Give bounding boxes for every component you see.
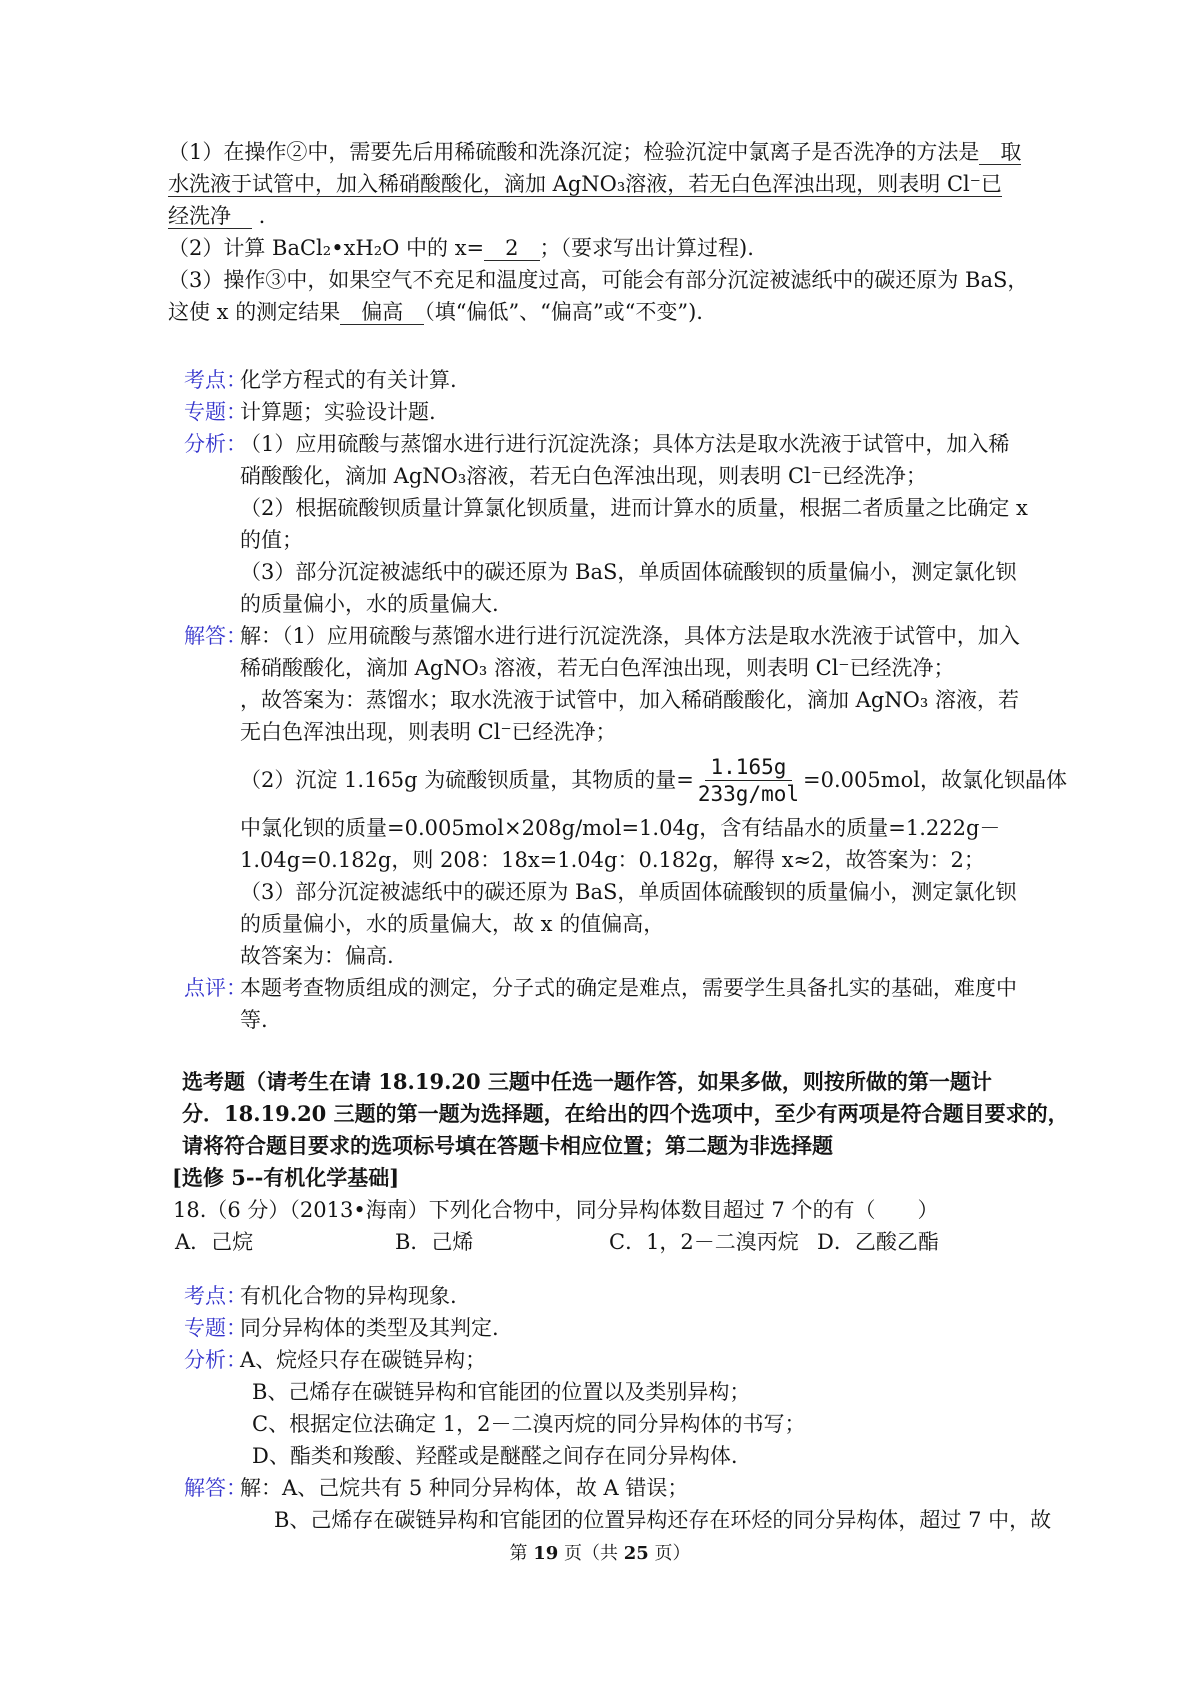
q17-line-2: 水洗液于试管中，加入稀硝酸酸化，滴加 AgNO₃溶液，若无白色浑浊出现，则表明 …	[168, 168, 1078, 200]
fenxi-line: 硝酸酸化，滴加 AgNO₃溶液，若无白色浑浊出现，则表明 Cl⁻已经洗净；	[240, 460, 1078, 492]
q17-jieda-block: 解答： 解：（1）应用硫酸与蒸馏水进行进行沉淀洗涤，具体方法是取水洗液于试管中，…	[168, 620, 1078, 972]
fenxi-label: 分析：	[184, 428, 247, 460]
kaodian-text: 有机化合物的异构现象.	[240, 1280, 1078, 1312]
kaodian-label: 考点：	[184, 364, 247, 396]
fenxi-line: （2）根据硫酸钡质量计算氯化钡质量，进而计算水的质量，根据二者质量之比确定 x	[240, 492, 1078, 524]
q17-blank-1-middle: 水洗液于试管中，加入稀硝酸酸化，滴加 AgNO₃溶液，若无白色浑浊出现，则表明 …	[168, 172, 1002, 197]
footer-text: 页（共	[558, 1543, 623, 1564]
q17-part3-tail: （填“偏低”、“偏高”或“不变”).	[424, 300, 703, 324]
jieda-line: B、己烯存在碳链异构和官能团的位置异构还存在环烃的同分异构体，超过 7 中，故	[240, 1504, 1078, 1536]
q18-zhuanti-block: 专题： 同分异构体的类型及其判定.	[168, 1312, 1078, 1344]
zhuanti-text: 同分异构体的类型及其判定.	[240, 1312, 1078, 1344]
footer-text: 页）	[649, 1543, 691, 1564]
elective-intro-line: 分．18.19.20 三题的第一题为选择题，在给出的四个选项中，至少有两项是符合…	[168, 1098, 1078, 1130]
elective-intro-line: 请将符合题目要求的选项标号填在答题卡相应位置；第二题为非选择题	[168, 1130, 1078, 1162]
dianping-label: 点评：	[184, 972, 247, 1004]
q17-part2-text: （2）计算 BaCl₂•xH₂O 中的 x=	[168, 236, 484, 260]
fraction-numerator: 1.165g	[705, 754, 793, 781]
q18-options-row: A．己烷 B．己烯 C．1，2－二溴丙烷 D．乙酸乙酯	[168, 1226, 1078, 1258]
fraction-suffix: =0.005mol，故氯化钡晶体	[803, 764, 1067, 796]
zhuanti-text: 计算题；实验设计题.	[240, 396, 1078, 428]
fraction-prefix: （2）沉淀 1.165g 为硫酸钡质量，其物质的量=	[240, 764, 694, 796]
q17-line-5: （3）操作③中，如果空气不充足和温度过高，可能会有部分沉淀被滤纸中的碳还原为 B…	[168, 264, 1078, 296]
fenxi-label: 分析：	[184, 1344, 247, 1376]
q18-option-c: C．1，2－二溴丙烷	[609, 1226, 817, 1258]
q17-line-1-text: （1）在操作②中，需要先后用稀硫酸和洗涤沉淀；检验沉淀中氯离子是否洗净的方法是	[168, 140, 979, 164]
q17-blank-x-value: 2	[484, 236, 539, 261]
jieda-line: 故答案为：偏高.	[240, 940, 1078, 972]
jieda-line: 1.04g=0.182g，则 208：18x=1.04g：0.182g，解得 x…	[240, 844, 1078, 876]
dianping-line: 本题考查物质组成的测定，分子式的确定是难点，需要学生具备扎实的基础，难度中	[240, 972, 1078, 1004]
q17-line-6: 这使 x 的测定结果 偏高 （填“偏低”、“偏高”或“不变”).	[168, 296, 1078, 328]
fenxi-line: （3）部分沉淀被滤纸中的碳还原为 BaS，单质固体硫酸钡的质量偏小，测定氯化钡	[240, 556, 1078, 588]
fenxi-line: 的值；	[240, 524, 1078, 556]
fenxi-line: （1）应用硫酸与蒸馏水进行进行沉淀洗涤；具体方法是取水洗液于试管中，加入稀	[240, 428, 1078, 460]
jieda-line: 解：（1）应用硫酸与蒸馏水进行进行沉淀洗涤，具体方法是取水洗液于试管中，加入	[240, 620, 1078, 652]
q17-blank-1-end: 经洗净	[168, 204, 252, 229]
jieda-line: （3）部分沉淀被滤纸中的碳还原为 BaS，单质固体硫酸钡的质量偏小，测定氯化钡	[240, 876, 1078, 908]
jieda-fraction-line: （2）沉淀 1.165g 为硫酸钡质量，其物质的量=1.165g233g/mol…	[240, 748, 1078, 812]
elective-intro: 选考题（请考生在请 18.19.20 三题中任选一题作答，如果多做，则按所做的第…	[168, 1066, 1078, 1194]
jieda-line: 无白色浑浊出现，则表明 Cl⁻已经洗净；	[240, 716, 1078, 748]
q17-line-3-period: .	[252, 204, 265, 228]
zhuanti-label: 专题：	[184, 1312, 247, 1344]
jieda-label: 解答：	[184, 1472, 247, 1504]
kaodian-text: 化学方程式的有关计算.	[240, 364, 1078, 396]
elective-intro-line: 选考题（请考生在请 18.19.20 三题中任选一题作答，如果多做，则按所做的第…	[168, 1066, 1078, 1098]
page-footer: 第 19 页（共 25 页）	[0, 1542, 1200, 1566]
jieda-line: 中氯化钡的质量=0.005mol×208g/mol=1.04g，含有结晶水的质量…	[240, 812, 1078, 844]
q17-part3-text2: 这使 x 的测定结果	[168, 300, 340, 324]
q17-line-3: 经洗净 .	[168, 200, 1078, 232]
dianping-line: 等.	[240, 1004, 1078, 1036]
jieda-label: 解答：	[184, 620, 247, 652]
fenxi-line: A、烷烃只存在碳链异构；	[240, 1344, 1078, 1376]
q17-line-1: （1）在操作②中，需要先后用稀硫酸和洗涤沉淀；检验沉淀中氯离子是否洗净的方法是 …	[168, 136, 1078, 168]
fraction-denominator: 233g/mol	[696, 781, 801, 807]
kaodian-label: 考点：	[184, 1280, 247, 1312]
page-content: （1）在操作②中，需要先后用稀硫酸和洗涤沉淀；检验沉淀中氯离子是否洗净的方法是 …	[168, 136, 1078, 1536]
q17-dianping-block: 点评： 本题考查物质组成的测定，分子式的确定是难点，需要学生具备扎实的基础，难度…	[168, 972, 1078, 1036]
footer-page-number: 19	[533, 1543, 558, 1564]
fenxi-line: B、己烯存在碳链异构和官能团的位置以及类别异构；	[240, 1376, 1078, 1408]
q18-option-b: B．己烯	[395, 1226, 609, 1258]
q17-part3-text: （3）操作③中，如果空气不充足和温度过高，可能会有部分沉淀被滤纸中的碳还原为 B…	[168, 268, 1028, 292]
q17-blank-result: 偏高	[340, 300, 424, 325]
jieda-line: 的质量偏小，水的质量偏大，故 x 的值偏高，	[240, 908, 1078, 940]
jieda-line: 解：A、己烷共有 5 种同分异构体，故 A 错误；	[240, 1472, 1078, 1504]
q17-zhuanti-block: 专题： 计算题；实验设计题.	[168, 396, 1078, 428]
zhuanti-label: 专题：	[184, 396, 247, 428]
fenxi-line: 的质量偏小，水的质量偏大.	[240, 588, 1078, 620]
q17-fenxi-block: 分析： （1）应用硫酸与蒸馏水进行进行沉淀洗涤；具体方法是取水洗液于试管中，加入…	[168, 428, 1078, 620]
q18-fenxi-block: 分析： A、烷烃只存在碳链异构； B、己烯存在碳链异构和官能团的位置以及类别异构…	[168, 1344, 1078, 1472]
q17-kaodian-block: 考点： 化学方程式的有关计算.	[168, 364, 1078, 396]
q17-blank-1-start: 取	[979, 140, 1021, 165]
jieda-line: 稀硝酸酸化，滴加 AgNO₃ 溶液，若无白色浑浊出现，则表明 Cl⁻已经洗净；	[240, 652, 1078, 684]
q18-option-d: D．乙酸乙酯	[817, 1226, 1078, 1258]
elective-module-title: [选修 5--有机化学基础]	[168, 1162, 1078, 1194]
q18-option-a: A．己烷	[168, 1226, 395, 1258]
fraction: 1.165g233g/mol	[696, 754, 801, 807]
fenxi-line: C、根据定位法确定 1，2－二溴丙烷的同分异构体的书写；	[240, 1408, 1078, 1440]
q17-line-4: （2）计算 BaCl₂•xH₂O 中的 x= 2 ；（要求写出计算过程).	[168, 232, 1078, 264]
q18-stem: 18.（6 分）（2013•海南）下列化合物中，同分异构体数目超过 7 个的有（…	[168, 1194, 1078, 1226]
jieda-line: ，故答案为：蒸馏水；取水洗液于试管中，加入稀硝酸酸化，滴加 AgNO₃ 溶液，若	[240, 684, 1078, 716]
q18-jieda-block: 解答： 解：A、己烷共有 5 种同分异构体，故 A 错误； B、己烯存在碳链异构…	[168, 1472, 1078, 1536]
footer-total-pages: 25	[624, 1543, 649, 1564]
q18-kaodian-block: 考点： 有机化合物的异构现象.	[168, 1280, 1078, 1312]
document-page: （1）在操作②中，需要先后用稀硫酸和洗涤沉淀；检验沉淀中氯离子是否洗净的方法是 …	[0, 0, 1200, 1698]
footer-text: 第	[509, 1543, 533, 1564]
q17-part2-tail: ；（要求写出计算过程).	[540, 236, 754, 260]
fenxi-line: D、酯类和羧酸、羟醛或是醚醛之间存在同分异构体.	[240, 1440, 1078, 1472]
